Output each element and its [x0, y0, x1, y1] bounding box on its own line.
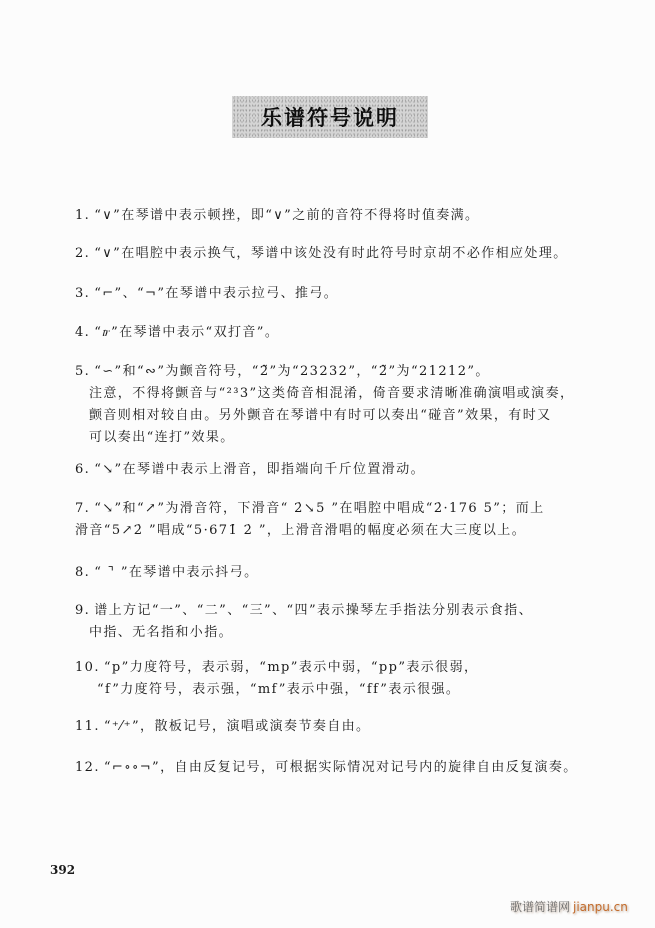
page-title: 乐谱符号说明	[261, 102, 399, 132]
list-item: 8.“ ⌝ ”在琴谱中表示抖弓。	[75, 562, 615, 584]
list-item: 9.谱上方记“一”、“二”、“三”、“四”表示操琴左手指法分别表示食指、 中指、…	[75, 600, 615, 644]
list-item: 2.“∨”在唱腔中表示换气，琴谱中该处没有时此符号时京胡不必作相应处理。	[75, 243, 615, 265]
title-banner: 乐谱符号说明	[232, 96, 428, 138]
watermark-url: jianpu.cn	[573, 900, 628, 914]
watermark: 歌谱简谱网jianpu.cn	[510, 898, 628, 915]
list-item: 3.“⌐”、“¬”在琴谱中表示拉弓、推弓。	[75, 283, 615, 305]
list-item: 6.“↘”在琴谱中表示上滑音，即指端向千斤位置滑动。	[75, 459, 615, 481]
page-number: 392	[50, 863, 75, 877]
list-item: 5.“∽”和“∾”为颤音符号，“2̃”为“23232”，“2̃”为“21212”…	[75, 361, 615, 449]
list-item: 10.“p”力度符号，表示弱，“mp”表示中弱，“pp”表示很弱， “f”力度符…	[75, 657, 615, 701]
list-item: 1.“∨”在琴谱中表示顿挫，即“∨”之前的音符不得将时值奏满。	[75, 205, 615, 227]
list-item: 4.“𝆖”在琴谱中表示“双打音”。	[75, 322, 615, 344]
list-item: 12.“⌐∘∘¬”，自由反复记号，可根据实际情况对记号内的旋律自由反复演奏。	[75, 757, 615, 779]
list-item: 7.“↘”和“↗”为滑音符，下滑音“ 2̇↘5 ”在唱腔中唱成“2̇·176 5…	[75, 498, 615, 542]
list-item: 11.“⁺⁄⁺”，散板记号，演唱或演奏节奏自由。	[75, 716, 615, 738]
